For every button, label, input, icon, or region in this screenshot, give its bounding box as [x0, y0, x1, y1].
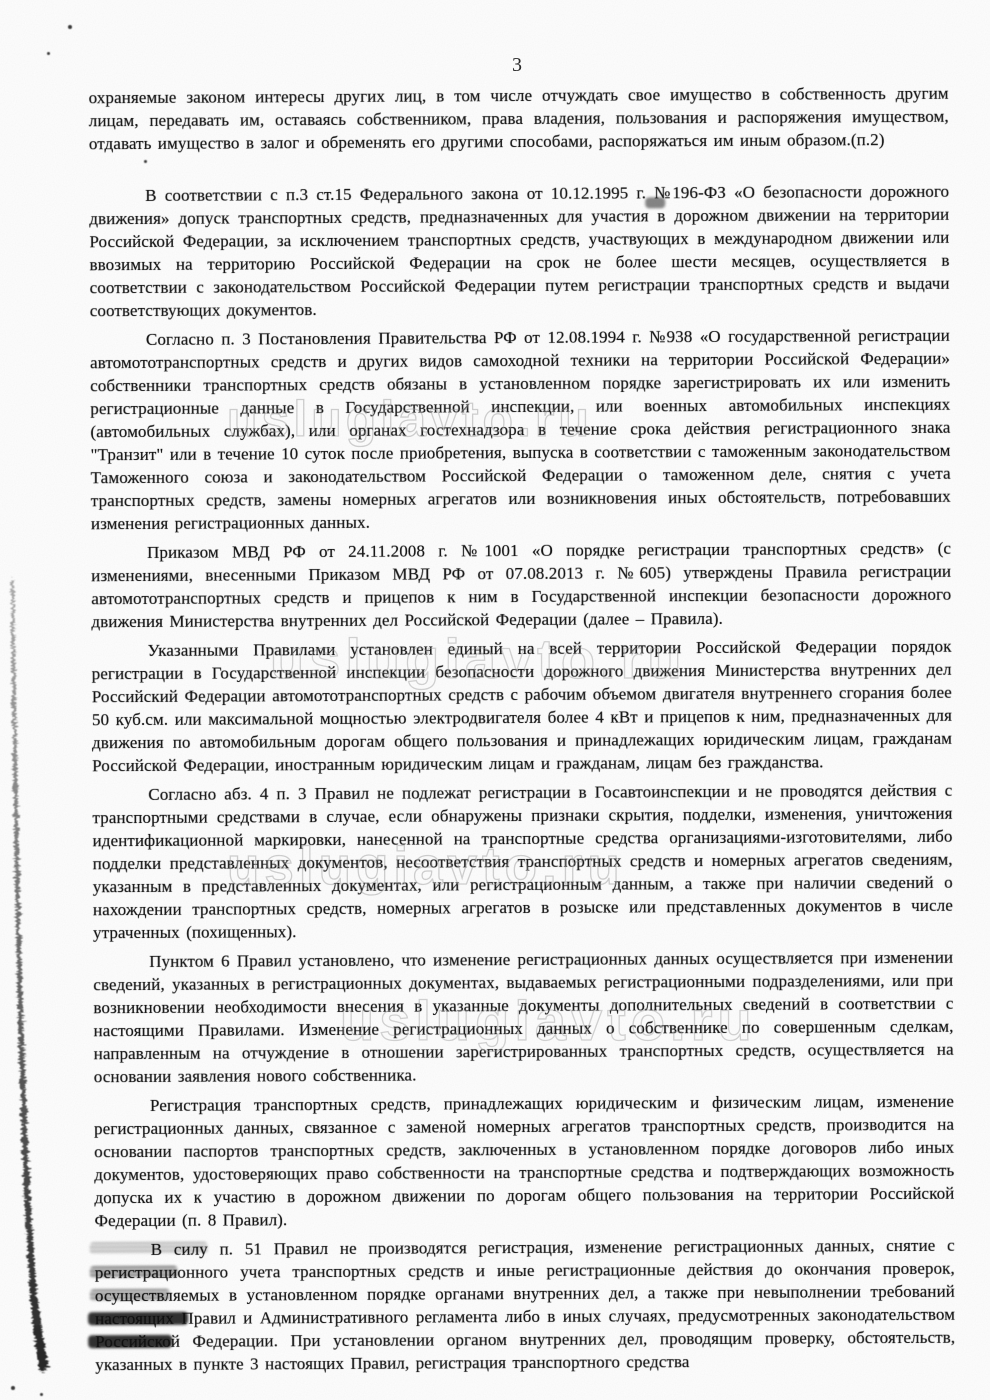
paper-speck	[11, 1386, 15, 1390]
page-number: 3	[512, 54, 522, 77]
scan-edge-artifact	[0, 568, 64, 1380]
paragraph-6: Согласно абз. 4 п. 3 Правил не подлежат …	[92, 779, 953, 945]
scanned-document-page: 3 охраняемые законом интересы других лиц…	[0, 0, 990, 1400]
paragraph-7: Пунктом 6 Правил установлено, что измене…	[93, 946, 954, 1089]
paragraph-9: В силу п. 51 Правил не производятся реги…	[95, 1234, 956, 1377]
paragraph-5: Указанными Правилами установлен единый н…	[92, 635, 953, 778]
paragraph-3: Согласно п. 3 Постановления Правительств…	[90, 324, 951, 536]
paper-speck	[68, 25, 72, 29]
paper-speck	[47, 52, 50, 55]
paper-speck	[40, 1393, 43, 1396]
paragraph-1: охраняемые законом интересы других лиц, …	[89, 82, 949, 179]
document-body: охраняемые законом интересы других лиц, …	[89, 82, 956, 1382]
paragraph-4: Приказом МВД РФ от 24.11.2008 г. №1001 «…	[91, 537, 951, 634]
paragraph-8: Регистрация транспортных средств, принад…	[94, 1090, 955, 1233]
paragraph-2: В соответствии с п.3 ст.15 Федерального …	[89, 180, 950, 323]
